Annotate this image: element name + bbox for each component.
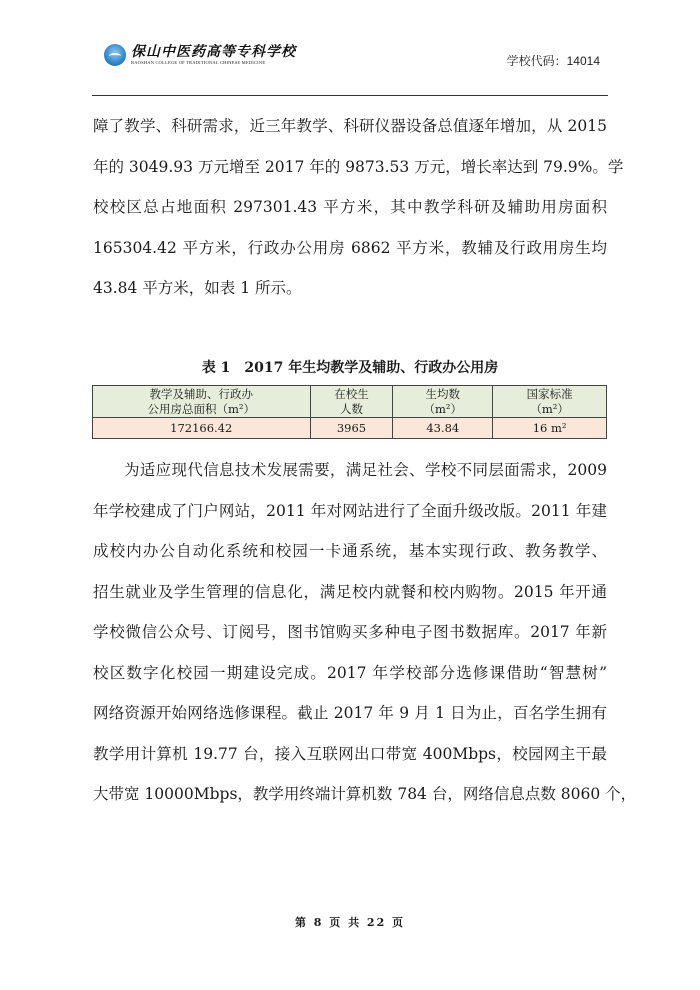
text-line: 年学校建成了门户网站，2011 年对网站进行了全面升级改版。2011 年建 bbox=[93, 491, 607, 532]
text-line: 165304.42 平方米，行政办公用房 6862 平方米，教辅及行政用房生均 bbox=[93, 228, 607, 269]
text-line: 43.84 平方米，如表 1 所示。 bbox=[93, 268, 607, 309]
logo-chinese-name: 保山中医药高等专科学校 bbox=[131, 44, 296, 60]
cell-total-area: 172166.42 bbox=[93, 418, 311, 439]
school-logo: 保山中医药高等专科学校 BAOSHAN COLLEGE OF TRADITION… bbox=[104, 44, 296, 66]
header-divider bbox=[92, 95, 608, 96]
text-line: 年的 3049.93 万元增至 2017 年的 9873.53 万元，增长率达到… bbox=[93, 147, 607, 188]
text-line: 大带宽 10000Mbps，教学用终端计算机数 784 台，网络信息点数 806… bbox=[93, 774, 607, 815]
text-line: 校校区总占地面积 297301.43 平方米，其中教学科研及辅助用房面积 bbox=[93, 187, 607, 228]
logo-text: 保山中医药高等专科学校 BAOSHAN COLLEGE OF TRADITION… bbox=[131, 44, 296, 66]
text-line: 为适应现代信息技术发展需要，满足社会、学校不同层面需求，2009 bbox=[93, 450, 607, 491]
logo-english-name: BAOSHAN COLLEGE OF TRADITIONAL CHINESE M… bbox=[131, 60, 296, 66]
text-line: 招生就业及学生管理的信息化，满足校内就餐和校内购物。2015 年开通 bbox=[93, 572, 607, 613]
text-line: 障了教学、科研需求，近三年教学、科研仪器设备总值逐年增加，从 2015 bbox=[93, 106, 607, 147]
text-line: 学校微信公众号、订阅号，图书馆购买多种电子图书数据库。2017 年新 bbox=[93, 612, 607, 653]
header-cell-total-area: 教学及辅助、行政办 公用房总面积（m²） bbox=[93, 386, 311, 418]
text-line: 成校内办公自动化系统和校园一卡通系统，基本实现行政、教务教学、 bbox=[93, 531, 607, 572]
paragraph-informatization: 为适应现代信息技术发展需要，满足社会、学校不同层面需求，2009 年学校建成了门… bbox=[93, 450, 607, 815]
header-cell-national-standard: 国家标准 （m²） bbox=[493, 386, 607, 418]
table-row: 172166.42 3965 43.84 16 m² bbox=[93, 418, 607, 439]
paragraph-facilities: 障了教学、科研需求，近三年教学、科研仪器设备总值逐年增加，从 2015 年的 3… bbox=[93, 106, 607, 309]
cell-students: 3965 bbox=[310, 418, 393, 439]
cell-per-student: 43.84 bbox=[393, 418, 493, 439]
page-number: 第 8 页 共 22 页 bbox=[92, 914, 608, 930]
text-line: 教学用计算机 19.77 台，接入互联网出口带宽 400Mbps，校园网主干最 bbox=[93, 734, 607, 775]
table-header-row: 教学及辅助、行政办 公用房总面积（m²） 在校生 人数 生均数 （m²） 国家标… bbox=[93, 386, 607, 418]
school-code: 学校代码：14014 bbox=[507, 52, 600, 69]
page-header: 保山中医药高等专科学校 BAOSHAN COLLEGE OF TRADITION… bbox=[92, 38, 608, 86]
facilities-table: 教学及辅助、行政办 公用房总面积（m²） 在校生 人数 生均数 （m²） 国家标… bbox=[92, 385, 607, 439]
cell-national-standard: 16 m² bbox=[493, 418, 607, 439]
text-line: 网络资源开始网络选修课程。截止 2017 年 9 月 1 日为止，百名学生拥有 bbox=[93, 693, 607, 734]
header-cell-students: 在校生 人数 bbox=[310, 386, 393, 418]
school-emblem-icon bbox=[104, 44, 126, 66]
header-cell-per-student: 生均数 （m²） bbox=[393, 386, 493, 418]
text-line: 校区数字化校园一期建设完成。2017 年学校部分选修课借助“智慧树” bbox=[93, 653, 607, 694]
table-caption: 表 1 2017 年生均教学及辅助、行政办公用房 bbox=[92, 357, 608, 377]
